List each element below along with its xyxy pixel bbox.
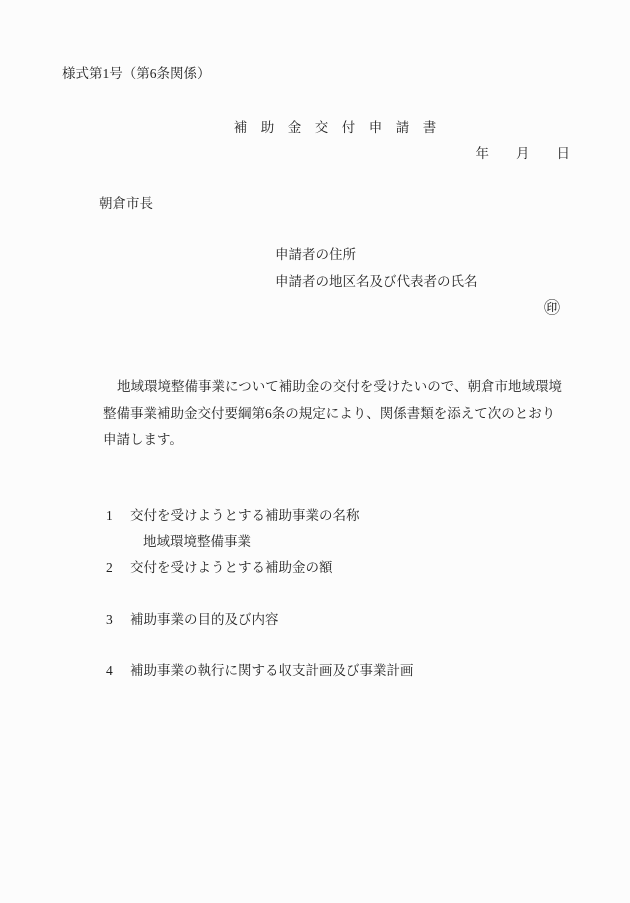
document-page: 様式第1号（第6条関係） 補 助 金 交 付 申 請 書 年 月 日 朝倉市長 …: [0, 0, 630, 903]
list-item-1-sub: 地域環境整備事業: [143, 534, 251, 550]
addressee: 朝倉市長: [99, 196, 153, 212]
body-paragraph: 地域環境整備事業について補助金の交付を受けたいので、朝倉市地域環境 整備事業補助…: [103, 374, 573, 454]
list-item-label: 交付を受けようとする補助事業の名称: [130, 508, 360, 523]
list-item-number: 1: [106, 508, 130, 524]
applicant-name-label: 申請者の地区名及び代表者の氏名: [275, 274, 478, 290]
list-item-number: 3: [106, 612, 130, 628]
list-item-4: 4補助事業の執行に関する収支計画及び事業計画: [106, 663, 414, 679]
document-title: 補 助 金 交 付 申 請 書: [100, 120, 570, 136]
body-line: 地域環境整備事業について補助金の交付を受けたいので、朝倉市地域環境: [103, 374, 573, 401]
list-item-label: 交付を受けようとする補助金の額: [130, 560, 333, 575]
list-item-label: 補助事業の目的及び内容: [130, 612, 279, 627]
list-item-label: 補助事業の執行に関する収支計画及び事業計画: [130, 663, 414, 678]
list-item-number: 4: [106, 663, 130, 679]
list-item-3: 3補助事業の目的及び内容: [106, 612, 279, 628]
list-item-2: 2交付を受けようとする補助金の額: [106, 560, 333, 576]
applicant-address-label: 申請者の住所: [275, 247, 356, 263]
list-item-1: 1交付を受けようとする補助事業の名称: [106, 508, 360, 524]
date-line: 年 月 日: [100, 146, 570, 162]
list-item-number: 2: [106, 560, 130, 576]
form-number: 様式第1号（第6条関係）: [62, 66, 211, 82]
seal-mark-icon: ㊞: [100, 300, 560, 318]
body-line: 申請します。: [103, 427, 573, 454]
body-line: 整備事業補助金交付要綱第6条の規定により、関係書類を添えて次のとおり: [103, 401, 573, 428]
